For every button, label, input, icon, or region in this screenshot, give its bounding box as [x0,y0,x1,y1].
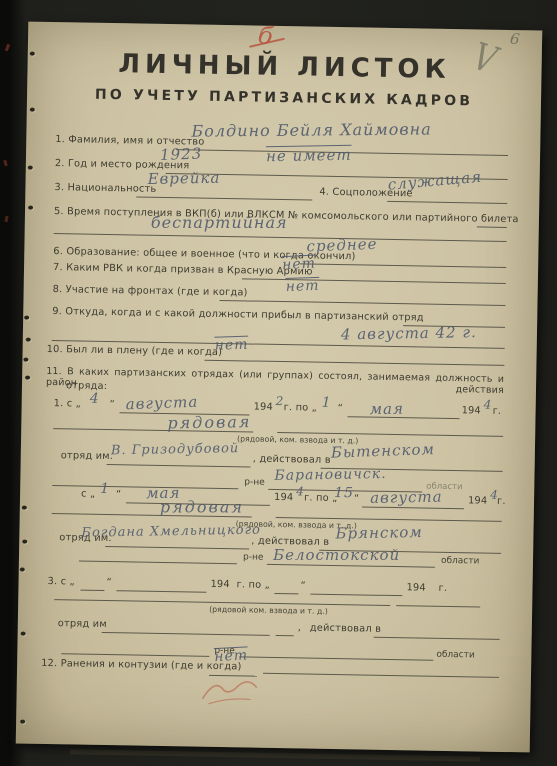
year-prefix: 194 [468,495,488,507]
punch-hole [22,506,27,510]
quote-mark: “ [116,489,121,501]
rule-line [105,546,249,550]
punch-hole [21,632,26,636]
rne-label: р-не [244,477,265,488]
quote-mark: “ [338,403,343,415]
quote-mark: “ [300,580,305,592]
field-9-value: 4 августа 42 г. [341,323,477,343]
service-1-year-to: 4 [484,398,493,412]
rule-line [61,653,209,657]
quote-mark: “ [106,577,111,589]
field-7-label: 7. Каким РВК и когда призван в Красную А… [53,262,313,278]
service-1-day-to: 1 [322,395,332,411]
service-1-day-from: 4 [90,391,100,407]
punch-hole [25,376,30,380]
rule-line [310,594,402,597]
rule-line [387,201,507,204]
rule-line [79,561,237,565]
oblasti-label: области [441,556,480,567]
red-scribble [198,675,273,708]
service-1-region: Бытенском [331,440,436,462]
comma-label: , [298,622,302,634]
form-paper: б 6 V ЛИЧНЫЙ ЛИСТОК ПО УЧЕТУ ПАРТИЗАНСКИ… [16,22,543,753]
rne-label: р-не [243,552,264,563]
rule-line [267,564,435,568]
red-page-number: б [256,21,276,51]
rule-line [276,635,294,636]
otryad-label: отряд им [58,618,107,631]
rule-line [239,656,433,660]
otryad-label: отряд им. [61,450,114,463]
rule-line [107,464,251,468]
service-1-district: Барановичск. [274,466,386,484]
service-1-unit: В. Гризодубовой [111,441,240,458]
service-2-prefix: с „ [81,489,95,501]
rule-line [263,673,499,678]
oblasti-label: области [436,650,475,661]
pencil-page-number: 6 [509,29,522,48]
g-label: г. [493,406,502,418]
field-1-value: Болдино Бейля Хаймовна [191,119,431,140]
punch-hole [20,720,25,724]
deystvoval-label: действовал в [310,623,382,636]
service-2-district: Белостокской [273,546,400,564]
field-4-value: служащая [387,168,483,194]
field-5-value: беспартийная [151,213,288,232]
rule-line [242,278,506,284]
service-3-prefix: 3. с „ [47,576,74,588]
punch-hole [30,108,35,112]
field-8-label: 8. Участие на фронтах (где и когда) [53,284,248,299]
rule-line [300,263,506,268]
rule-line [54,233,507,242]
red-edge-speck [5,216,9,222]
g-label: г. [438,583,447,595]
punch-hole [28,206,33,210]
service-1-rank: рядовая [167,412,251,432]
rule-line [362,506,464,509]
year-prefix: 194 [406,582,426,594]
field-12-value: нет [214,647,249,665]
field-2-year-value: 1923 [160,145,203,164]
field-6-value: среднее [306,235,378,255]
deystvoval-label: , действовал в [253,454,331,467]
field-7-value: нет [282,255,317,273]
form-title: ЛИЧНЫЙ ЛИСТОК [27,48,541,87]
red-edge-speck [5,44,10,52]
year-prefix: 194 [462,405,482,417]
service-1-month-from: августа [125,393,198,414]
field-10-value: нет [214,337,248,354]
service-2-region: Брянском [335,523,423,543]
quote-mark: “ [110,399,115,411]
rule-line [219,300,505,306]
punch-hole [26,338,31,342]
punch-hole [28,166,33,170]
field-3-label: 3. Национальность [54,182,156,196]
next-page-edge [70,749,480,761]
service-2-day-to: 15 [334,485,354,501]
g-po-label: г. по „ [304,492,338,504]
field-12-label: 12. Ранения и контузии (где и когда) [41,658,242,673]
field-3-value: Еврейка [147,169,220,188]
rule-line [374,637,500,640]
rule-line [80,590,104,591]
year-prefix: 194 [254,402,274,414]
field-11-label: 11. В каких партизанских отрядах (или гр… [46,366,504,397]
year-prefix: 194 [274,492,294,504]
rule-line [396,605,480,607]
year-prefix: 194 [210,579,230,591]
punch-hole [23,358,28,362]
field-2-place-value: не имеет [266,146,352,165]
red-edge-speck [3,160,7,167]
punch-hole [22,540,27,544]
punch-hole [20,568,25,572]
service-1-prefix: 1. с „ [54,398,81,410]
service-2-day-from: 1 [100,481,110,497]
punch-hole [24,316,29,320]
field-10-label: 10. Был ли в плену (где и когда) [47,344,223,359]
rule-line [116,590,206,593]
field-9-label: 9. Откуда, когда и с какой должности при… [52,306,424,324]
rule-line [477,226,507,228]
rank-hint: (рядовой ком. взвода и т. д.) [209,605,328,616]
service-1-month-to: мая [369,400,404,419]
service-2-unit: Богдана Хмельницкого [81,523,261,541]
field-8-value: нет [285,278,319,295]
g-po-label: г. по „ [284,402,318,414]
rule-line [274,593,298,594]
g-label: г. [497,496,506,508]
service-2-month-to: августа [370,488,443,507]
rule-line [102,632,270,636]
field-11-label-2: отряда: [66,380,107,392]
quote-mark: “ [354,493,359,505]
rule-line [204,360,504,366]
form-subtitle: ПО УЧЕТУ ПАРТИЗАНСКИХ КАДРОВ [27,86,541,111]
rule-line [136,196,312,200]
service-2-rank: рядовая [160,498,244,517]
g-po-label: г. по „ [236,579,270,591]
scan-background: б 6 V ЛИЧНЫЙ ЛИСТОК ПО УЧЕТУ ПАРТИЗАНСКИ… [0,0,557,766]
